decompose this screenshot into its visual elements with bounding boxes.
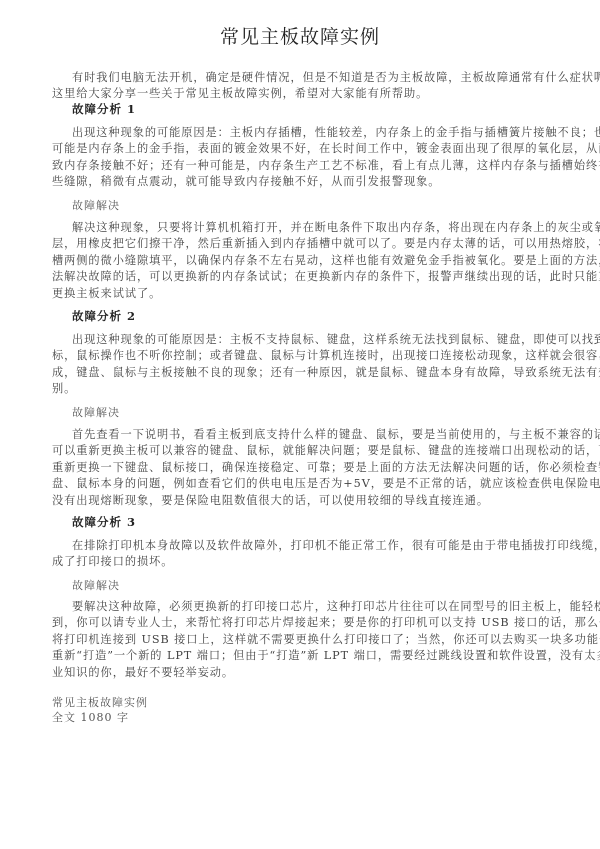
text-line: 更换主板来试试了。 [52,286,548,302]
text-line: 致内存条接触不好；还有一种可能是，内存条生产工艺不标准，看上有点儿薄，这样内存条… [52,158,548,174]
text-line: 法解决故障的话，可以更换新的内存条试试；在更换新内存的条件下，报警声继续出现的话… [52,269,548,285]
text-line: 些缝隙，稍微有点震动，就可能导致内存接触不好，从而引发报警现象。 [52,174,548,190]
text-line: 别。 [52,381,548,397]
text-line: 成了打印接口的损坏。 [52,554,548,570]
intro-paragraph: 有时我们电脑无法开机，确定是硬件情况，但是不知道是否为主板故障，主板故障通常有什… [52,70,548,103]
footer-doc-name: 常见主板故障实例 [52,695,148,710]
section-3-analysis: 在排除打印机本身故障以及软件故障外，打印机不能正常工作，很有可能是由于带电插拔打… [52,538,548,571]
section-1-solution: 解决这种现象，只要将计算机机箱打开，并在断电条件下取出内存条，将出现在内存条上的… [52,220,548,302]
text-line: 重新更换一下键盘、鼠标接口，确保连接稳定、可靠；要是上面的方法无法解决问题的话，… [52,460,548,476]
text-line: 要解决这种故障，必须更换新的打印接口芯片，这种打印芯片往往可以在同型号的旧主板上… [52,599,548,615]
section-2-analysis: 出现这种现象的可能原因是：主板不支持鼠标、键盘，这样系统无法找到鼠标、键盘，即使… [52,332,548,398]
solution-heading-1: 故障解决 [72,197,120,213]
section-heading-3: 故障分析 3 [72,514,136,530]
text-line: 成，键盘、鼠标与主板接触不良的现象；还有一种原因，就是鼠标、键盘本身有故障，导致… [52,365,548,381]
section-1-analysis: 出现这种现象的可能原因是：主板内存插槽，性能较差，内存条上的金手指与插槽簧片接触… [52,125,548,191]
text-line: 标，鼠标操作也不听你控制；或者键盘、鼠标与计算机连接时，出现接口连接松动现象，这… [52,348,548,364]
text-line: 将打印机连接到 USB 接口上，这样就不需要更换什么打印接口了；当然，你还可以去… [52,632,548,648]
text-line: 没有出现熔断现象，要是保险电阻数值很大的话，可以使用较细的导线直接连通。 [52,493,548,509]
document-footer: 常见主板故障实例 全文 1080 字 [52,695,148,725]
word-count: 全文 1080 字 [52,710,148,725]
section-heading-1: 故障分析 1 [72,101,136,117]
text-line: 到，你可以请专业人士，来帮忙将打印芯片焊接起来；要是你的打印机可以支持 USB … [52,615,548,631]
text-line: 在排除打印机本身故障以及软件故障外，打印机不能正常工作，很有可能是由于带电插拔打… [52,538,548,554]
section-2-solution: 首先查看一下说明书，看看主板到底支持什么样的键盘、鼠标，要是当前使用的，与主板不… [52,427,548,509]
text-line: 有时我们电脑无法开机，确定是硬件情况，但是不知道是否为主板故障，主板故障通常有什… [52,70,548,86]
section-heading-2: 故障分析 2 [72,308,136,324]
text-line: 槽两侧的微小缝隙填平，以确保内存条不左右晃动，这样也能有效避免金手指被氧化。要是… [52,253,548,269]
section-3-solution: 要解决这种故障，必须更换新的打印接口芯片，这种打印芯片往往可以在同型号的旧主板上… [52,599,548,681]
text-line: 首先查看一下说明书，看看主板到底支持什么样的键盘、鼠标，要是当前使用的，与主板不… [52,427,548,443]
text-line: 可能是内存条上的金手指，表面的镀金效果不好，在长时间工作中，镀金表面出现了很厚的… [52,141,548,157]
text-line: 出现这种现象的可能原因是：主板内存插槽，性能较差，内存条上的金手指与插槽簧片接触… [52,125,548,141]
solution-heading-2: 故障解决 [72,404,120,420]
text-line: 解决这种现象，只要将计算机机箱打开，并在断电条件下取出内存条，将出现在内存条上的… [52,220,548,236]
page-title: 常见主板故障实例 [0,22,600,49]
text-line: 重新“打造”一个新的 LPT 端口；但由于“打造”新 LPT 端口，需要经过跳线… [52,648,548,664]
text-line: 业知识的你，最好不要轻举妄动。 [52,665,548,681]
text-line: 层，用橡皮把它们擦干净，然后重新插入到内存插槽中就可以了。要是内存太薄的话，可以… [52,236,548,252]
text-line: 出现这种现象的可能原因是：主板不支持鼠标、键盘，这样系统无法找到鼠标、键盘，即使… [52,332,548,348]
solution-heading-3: 故障解决 [72,577,120,593]
text-line: 盘、鼠标本身的问题，例如查看它们的供电电压是否为+5V，要是不正常的话，就应该检… [52,476,548,492]
text-line: 可以重新更换主板可以兼容的键盘、鼠标，就能解决问题；要是鼠标、键盘的连接端口出现… [52,443,548,459]
